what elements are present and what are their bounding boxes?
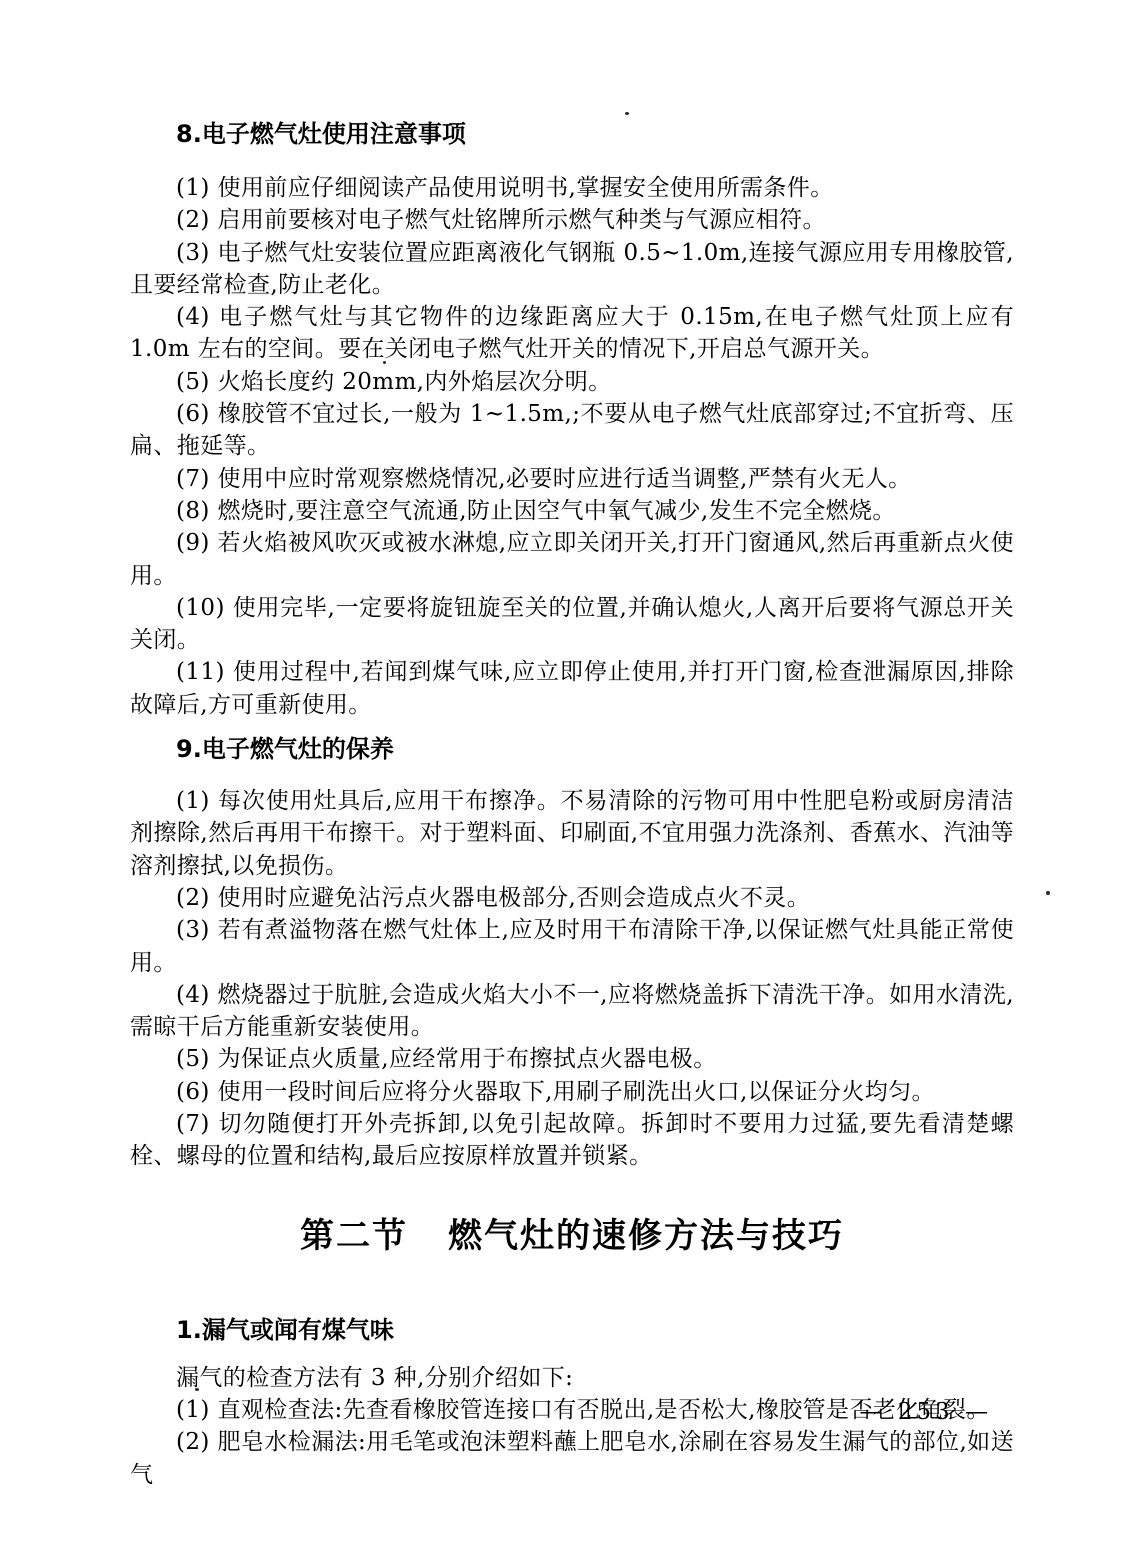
chapter-section-title: 第二节燃气灶的速修方法与技巧 — [130, 1212, 1014, 1260]
usage-item-3: (3) 电子燃气灶安装位置应距离液化气钢瓶 0.5~1.0m,连接气源应用专用橡… — [130, 237, 1014, 302]
section-number-label: 第二节 — [300, 1216, 408, 1256]
maintenance-item-7: (7) 切勿随便打开外壳拆卸,以免引起故障。拆卸时不要用力过猛,要先看清楚螺栓、… — [130, 1108, 1014, 1173]
usage-item-11: (11) 使用过程中,若闻到煤气味,应立即停止使用,并打开门窗,检查泄漏原因,排… — [130, 656, 1014, 721]
usage-item-5: (5) 火焰长度约 20mm,内外焰层次分明。 — [130, 366, 1014, 398]
scan-speck — [383, 361, 386, 364]
usage-item-10: (10) 使用完毕,一定要将旋钮旋至关的位置,并确认熄火,人离开后要将气源总开关… — [130, 592, 1014, 657]
section-title-text: 燃气灶的速修方法与技巧 — [448, 1216, 844, 1256]
heading-maintenance: 9.电子燃气灶的保养 — [176, 733, 1014, 765]
usage-item-7: (7) 使用中应时常观察燃烧情况,必要时应进行适当调整,严禁有火无人。 — [130, 463, 1014, 495]
maintenance-item-4: (4) 燃烧器过于肮脏,会造成火焰大小不一,应将燃烧盖拆下清洗干净。如用水清洗,… — [130, 979, 1014, 1044]
maintenance-item-2: (2) 使用时应避免沾污点火器电极部分,否则会造成点火不灵。 — [130, 882, 1014, 914]
text-column: 8.电子燃气灶使用注意事项 (1) 使用前应仔细阅读产品使用说明书,掌握安全使用… — [130, 0, 1014, 1491]
maintenance-item-3: (3) 若有煮溢物落在燃气灶体上,应及时用干布清除干净,以保证燃气灶具能正常使用… — [130, 914, 1014, 979]
usage-item-8: (8) 燃烧时,要注意空气流通,防止因空气中氧气减少,发生不完全燃烧。 — [130, 495, 1014, 527]
scan-speck — [195, 1388, 199, 1391]
usage-item-1: (1) 使用前应仔细阅读产品使用说明书,掌握安全使用所需条件。 — [130, 172, 1014, 204]
scanned-book-page: 8.电子燃气灶使用注意事项 (1) 使用前应仔细阅读产品使用说明书,掌握安全使用… — [0, 0, 1138, 1568]
scan-speck — [625, 112, 629, 115]
maintenance-item-5: (5) 为保证点火质量,应经常用于布擦拭点火器电极。 — [130, 1043, 1014, 1075]
usage-item-9: (9) 若火焰被风吹灭或被水淋熄,应立即关闭开关,打开门窗通风,然后再重新点火使… — [130, 527, 1014, 592]
heading-gas-leak: 1.漏气或闻有煤气味 — [176, 1314, 1014, 1346]
maintenance-item-6: (6) 使用一段时间后应将分火器取下,用刷子刷洗出火口,以保证分火均匀。 — [130, 1076, 1014, 1108]
leak-item-2: (2) 肥皂水检漏法:用毛笔或泡沫塑料蘸上肥皂水,涂刷在容易发生漏气的部位,如送… — [130, 1426, 1014, 1491]
scan-speck — [1046, 891, 1050, 895]
usage-item-2: (2) 启用前要核对电子燃气灶铭牌所示燃气种类与气源应相符。 — [130, 204, 1014, 236]
heading-usage-notes: 8.电子燃气灶使用注意事项 — [176, 118, 1014, 150]
usage-item-4: (4) 电子燃气灶与其它物件的边缘距离应大于 0.15m,在电子燃气灶顶上应有 … — [130, 301, 1014, 366]
maintenance-item-1: (1) 每次使用灶具后,应用干布擦净。不易清除的污物可用中性肥皂粉或厨房清洁剂擦… — [130, 785, 1014, 882]
usage-item-6: (6) 橡胶管不宜过长,一般为 1~1.5m,;不要从电子燃气灶底部穿过;不宜折… — [130, 398, 1014, 463]
leak-intro: 漏气的检查方法有 3 种,分别介绍如下: — [130, 1362, 1014, 1394]
page-number: — 253 — — [859, 1398, 992, 1426]
